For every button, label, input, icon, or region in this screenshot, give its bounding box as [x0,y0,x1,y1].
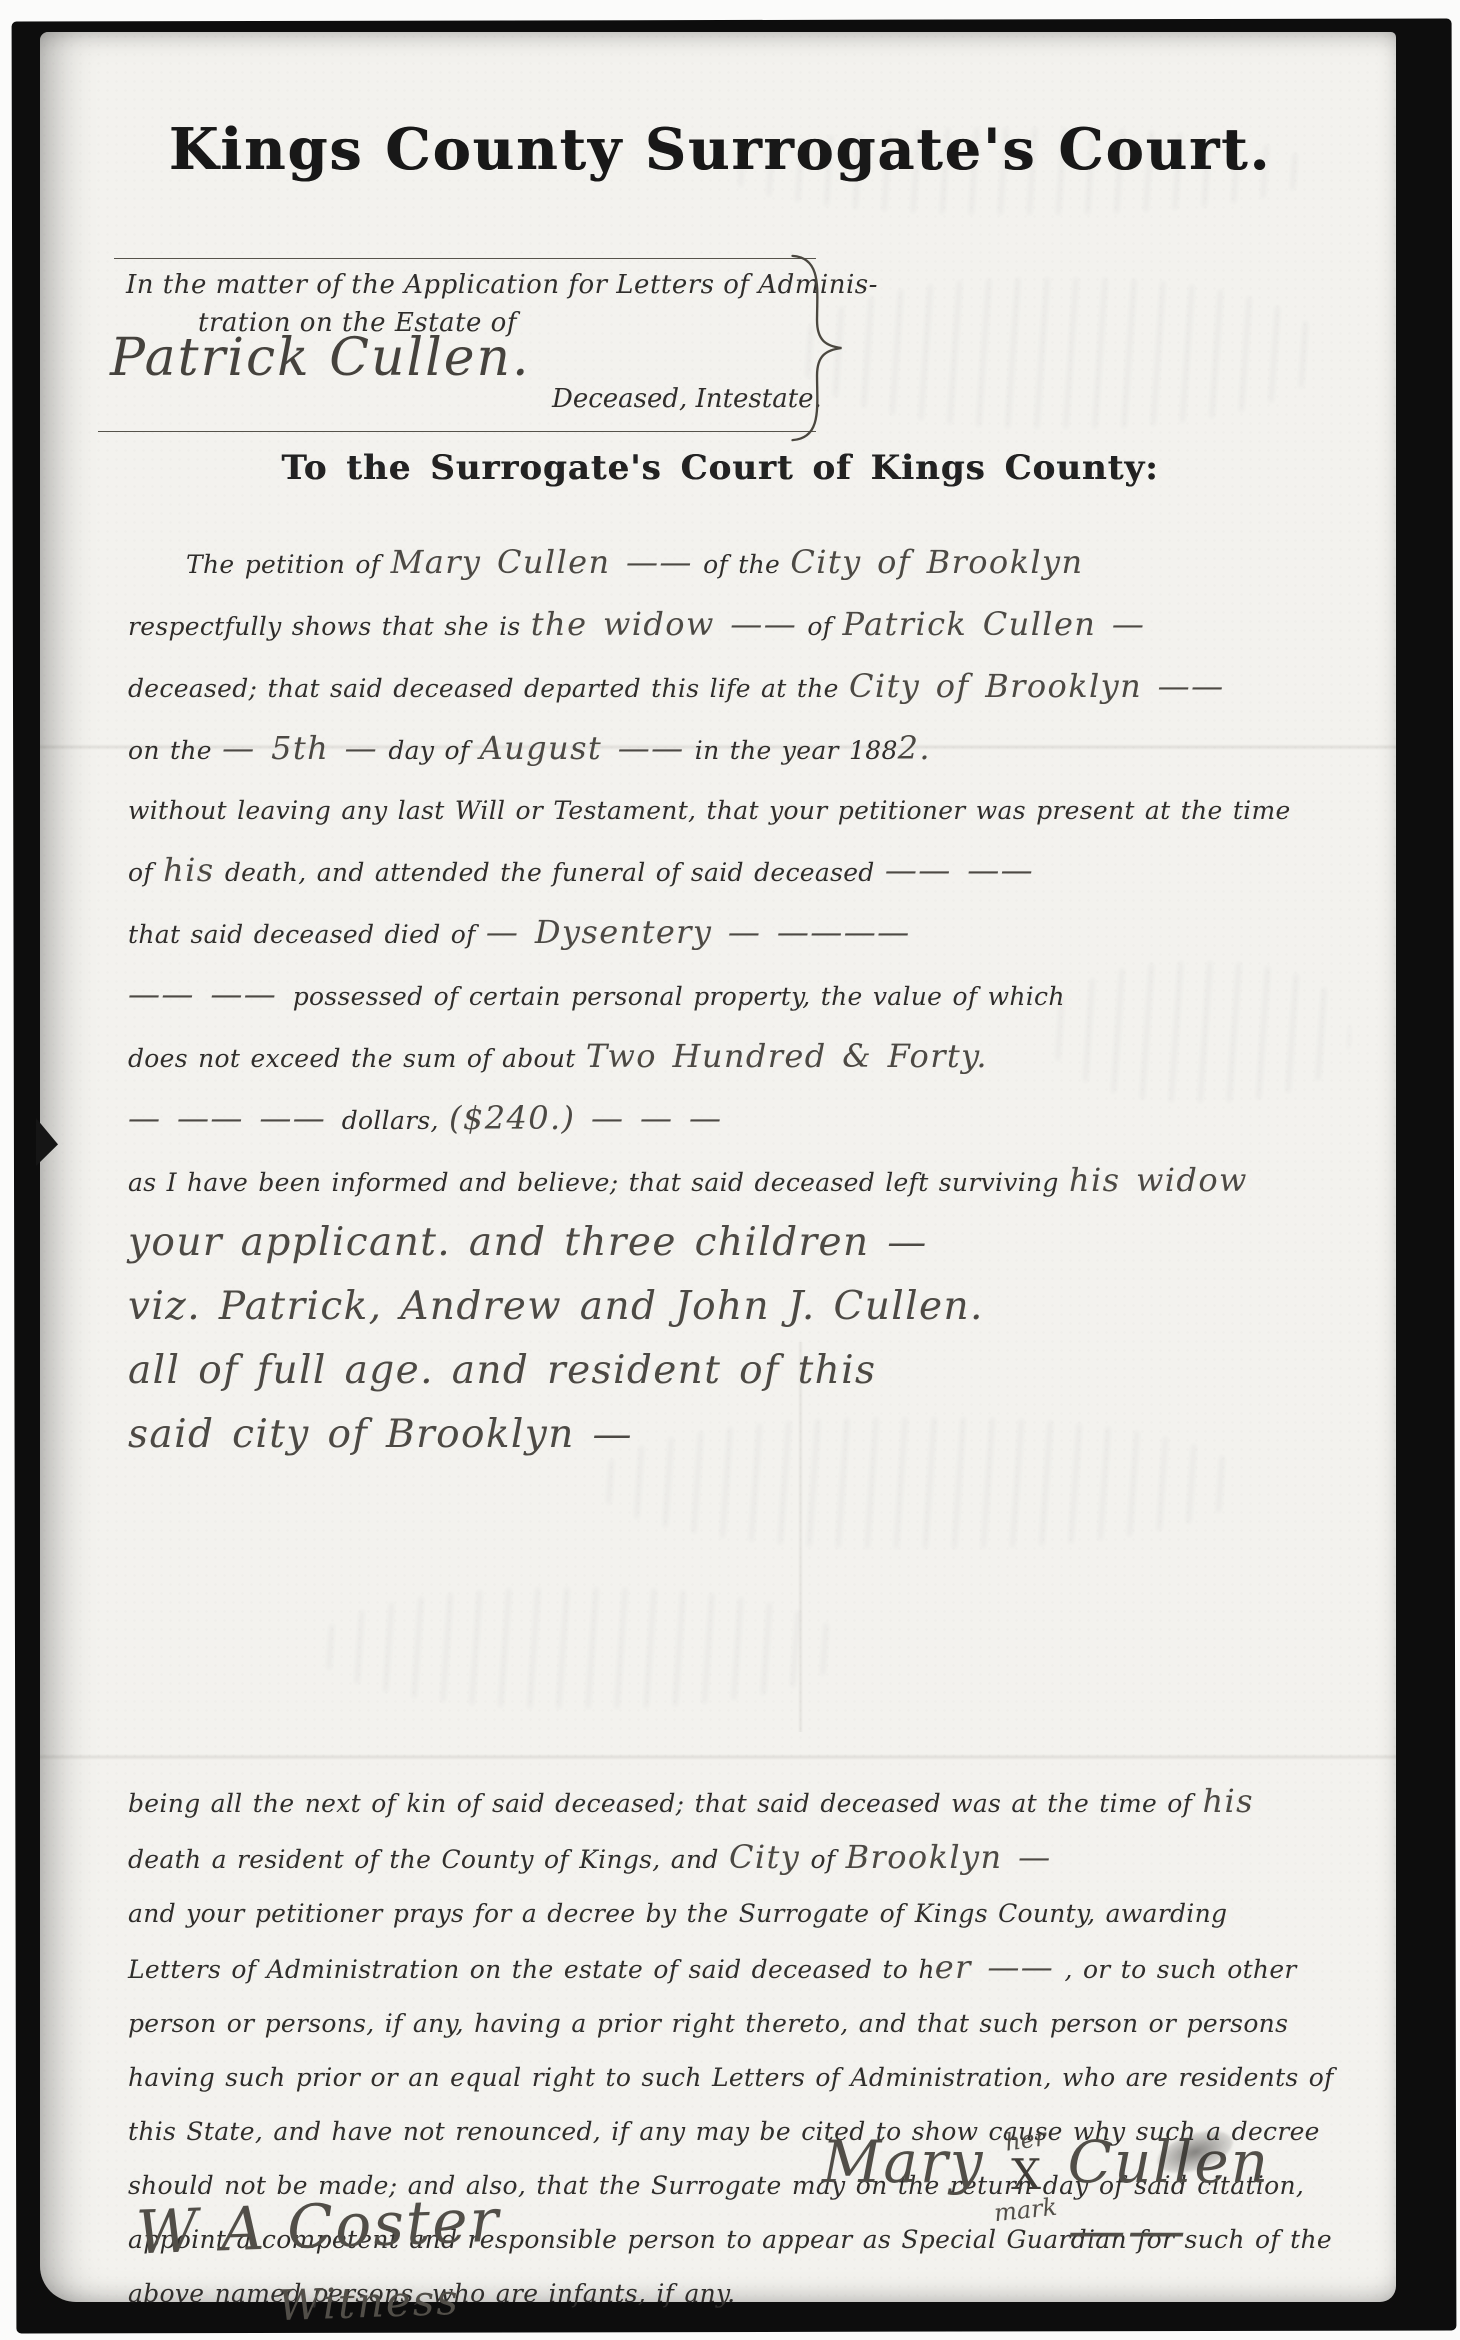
handwritten-entry: 2. [898,729,931,767]
printed-form-text: of [800,1845,845,1874]
handwritten-entry: ($240.) — — — [449,1099,722,1137]
handwritten-entry: his [163,851,214,889]
handwritten-entry: — 5th — [222,729,378,767]
petition-line: as I have been informed and believe; tha… [128,1152,1346,1214]
printed-form-text: of the [693,550,791,579]
printed-form-text: death a resident of the County of Kings,… [128,1845,729,1874]
caption-line-1: In the matter of the Application for Let… [126,270,878,300]
petition-line: viz. Patrick, Andrew and John J. Cullen. [128,1278,1346,1342]
petition-line: person or persons, if any, having a prio… [128,1998,1346,2052]
printed-form-text: dollars, [342,1106,449,1135]
printed-form-text: person or persons, if any, having a prio… [128,2009,1288,2038]
printed-form-text: and your petitioner prays for a decree b… [128,1899,1227,1928]
handwritten-entry: viz. Patrick, Andrew and John J. Cullen. [128,1284,984,1329]
mark-her-label: her [1004,2125,1048,2154]
witness-signature: W A Coster [135,2186,502,2269]
printed-form-text: in the year 188 [685,736,898,765]
handwritten-entry: —— —— [128,975,293,1013]
witness-label: Witness [277,2275,460,2330]
printed-form-text: that said deceased died of [128,920,486,949]
petition-form-page: Kings County Surrogate's Court. In the m… [40,32,1396,2302]
handwritten-entry: Two Hundred & Forty. [586,1037,988,1075]
decedent-name-handwritten: Patrick Cullen. [110,328,531,388]
petition-line: your applicant. and three children — [128,1214,1346,1278]
petitioner-first-name: Mary [822,2128,984,2196]
handwritten-entry: — —— —— [128,1099,342,1137]
scanned-document: Kings County Surrogate's Court. In the m… [0,0,1460,2340]
handwritten-entry: Patrick Cullen — [843,605,1146,643]
printed-form-text: death, and attended the funeral of said … [215,858,885,887]
handwritten-entry: Brooklyn — [846,1838,1052,1876]
handwritten-entry: City [729,1838,800,1876]
printed-form-text: deceased; that said deceased departed th… [128,674,849,703]
caption-box-bottom-rule [98,431,816,432]
petition-line: respectfully shows that she is the widow… [128,596,1346,658]
printed-form-text: The petition of [186,550,391,579]
petition-line: all of full age. and resident of this [128,1342,1346,1406]
handwritten-entry: August —— [480,729,685,767]
page-edge-tear [36,1118,58,1166]
petition-line: said city of Brooklyn — [128,1406,1346,1470]
handwritten-entry: all of full age. and resident of this [128,1348,876,1393]
printed-form-text: of [128,858,163,887]
her-mark-group: her X mark [994,2128,1057,2222]
printed-form-text: does not exceed the sum of about [128,1044,586,1073]
salutation-heading: To the Surrogate's Court of Kings County… [100,448,1340,488]
petition-line: being all the next of kin of said deceas… [128,1776,1346,1832]
petitioner-signature: Mary her X mark Cullen —— [822,2128,1396,2264]
caption-box-top-rule [114,258,816,259]
handwritten-entry: Mary Cullen —— [391,543,693,581]
petition-line: does not exceed the sum of about Two Hun… [128,1028,1346,1090]
printed-form-text: possessed of certain personal property, … [293,982,1065,1011]
petition-line: having such prior or an equal right to s… [128,2052,1346,2106]
petition-body: The petition of Mary Cullen —— of the Ci… [128,534,1346,2322]
petition-line: without leaving any last Will or Testame… [128,782,1346,842]
ink-bleedthrough [800,278,1320,428]
petition-line: The petition of Mary Cullen —— of the Ci… [128,534,1346,596]
petition-line: death a resident of the County of Kings,… [128,1832,1346,1888]
handwritten-entry: er —— [935,1948,1054,1986]
handwritten-entry: his [1202,1782,1253,1820]
handwritten-entry: —— —— [885,851,1034,889]
printed-form-text: Letters of Administration on the estate … [128,1955,935,1984]
handwritten-entry: his widow [1069,1161,1248,1199]
petition-line: —— —— possessed of certain personal prop… [128,966,1346,1028]
petition-line: Letters of Administration on the estate … [128,1942,1346,1998]
court-masthead: Kings County Surrogate's Court. [100,116,1340,183]
printed-form-text: without leaving any last Will or Testame… [128,796,1291,825]
printed-form-text: having such prior or an equal right to s… [128,2063,1334,2092]
handwritten-entry: your applicant. and three children — [128,1220,928,1265]
petition-line: on the — 5th — day of August —— in the y… [128,720,1346,782]
handwritten-entry: City of Brooklyn —— [849,667,1225,705]
handwritten-entry: City of Brooklyn [790,543,1083,581]
printed-form-text: respectfully shows that she is [128,612,531,641]
petitioner-last-name: Cullen —— [1068,2128,1396,2264]
mark-word-label: mark [993,2195,1058,2225]
printed-form-text: , or to such other [1054,1955,1296,1984]
handwritten-entry: said city of Brooklyn — [128,1412,633,1457]
petition-line: — —— —— dollars, ($240.) — — — [128,1090,1346,1152]
printed-form-text: of [797,612,842,641]
petition-line: of his death, and attended the funeral o… [128,842,1346,904]
petition-line: and your petitioner prays for a decree b… [128,1888,1346,1942]
printed-form-text: day of [378,736,480,765]
handwritten-entry: the widow —— [531,605,797,643]
right-brace-icon [782,250,856,446]
petition-line: that said deceased died of — Dysentery —… [128,904,1346,966]
signature-x-mark: X [1011,2154,1041,2196]
printed-form-text: being all the next of kin of said deceas… [128,1789,1202,1818]
handwritten-entry: — Dysentery — ———— [486,913,911,951]
printed-form-text: as I have been informed and believe; tha… [128,1168,1069,1197]
petition-line: deceased; that said deceased departed th… [128,658,1346,720]
printed-form-text: on the [128,736,222,765]
